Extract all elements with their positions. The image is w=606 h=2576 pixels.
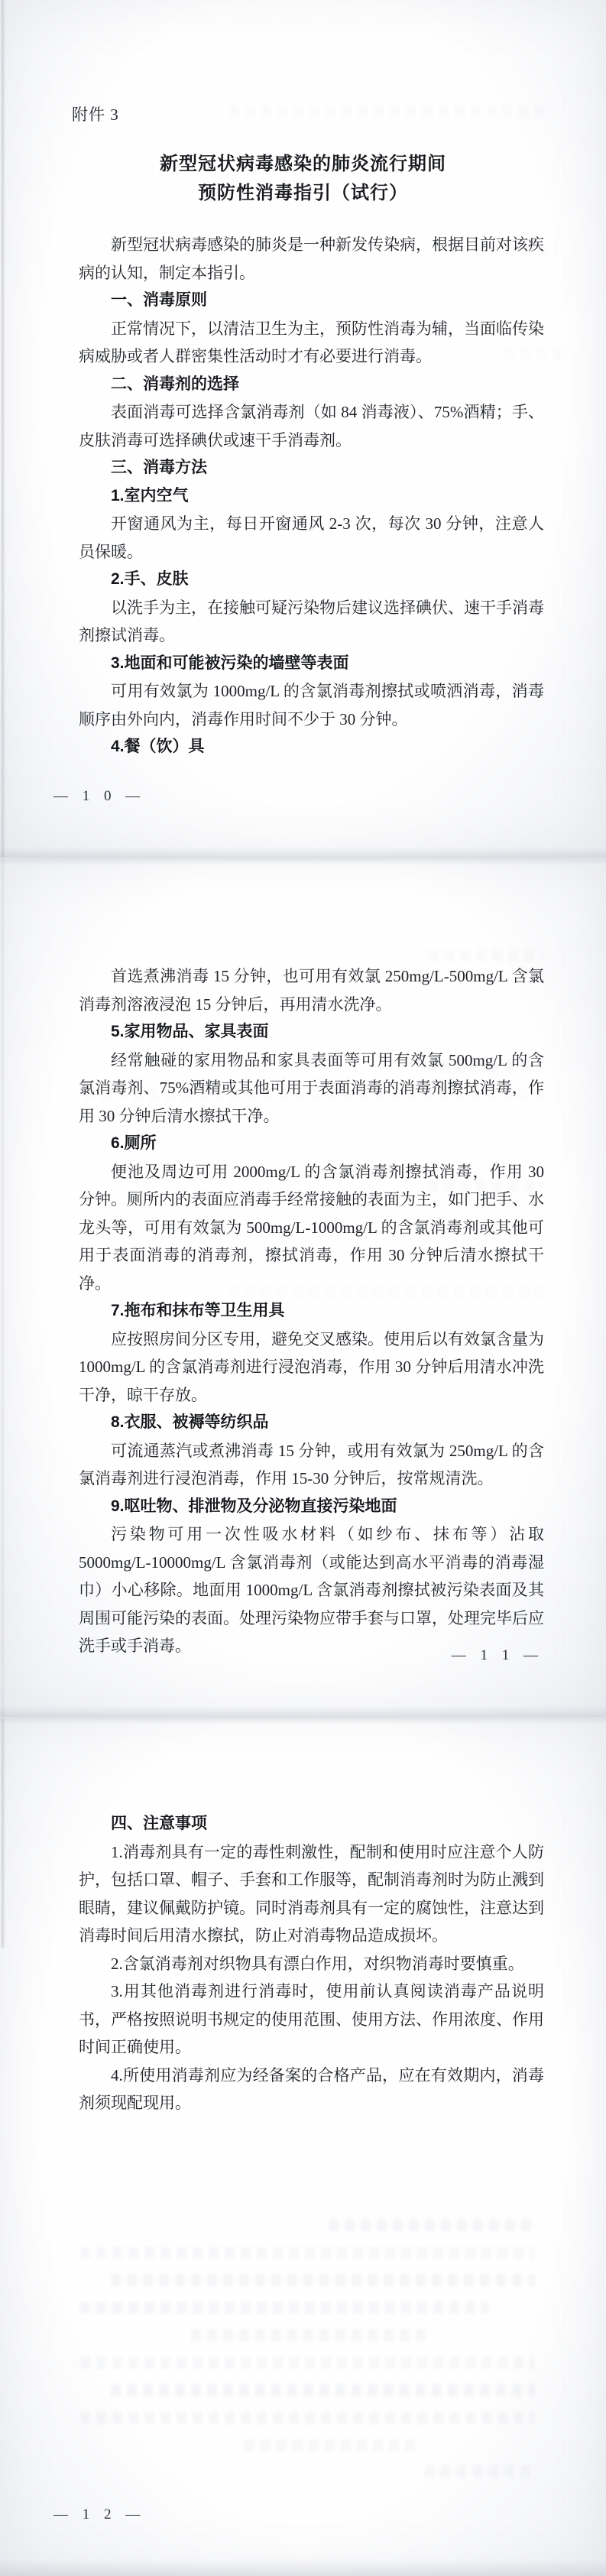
bleedthrough-artifact xyxy=(80,2357,535,2369)
bleedthrough-artifact xyxy=(428,1180,543,1192)
section-heading: 三、消毒方法 xyxy=(79,454,544,482)
scan-edge-artifact xyxy=(2,0,4,858)
section-heading: 四、注意事项 xyxy=(79,1810,544,1838)
bleedthrough-artifact xyxy=(474,245,558,257)
scan-shadow xyxy=(0,2559,606,2576)
section-heading: 7.拖布和抹布等卫生用具 xyxy=(79,1297,544,1325)
page-number: — 1 1 — xyxy=(452,1647,543,1664)
scan-edge-artifact xyxy=(2,1718,4,1948)
paragraph: 应按照房间分区专用，避免交叉感染。使用后以有效氯含量为 1000mg/L 的含氯… xyxy=(79,1325,544,1410)
scanned-page-3: 四、注意事项1.消毒剂具有一定的毒性刺激性，配制和使用时应注意个人防护，包括口罩… xyxy=(0,1717,606,2576)
bleedthrough-artifact xyxy=(80,2412,535,2424)
document-title-line-2: 预防性消毒指引（试行） xyxy=(0,179,606,208)
section-heading: 5.家用物品、家具表面 xyxy=(79,1018,544,1046)
attachment-label: 附件 3 xyxy=(72,102,119,125)
paragraph: 便池及周边可用 2000mg/L 的含氯消毒剂擦拭消毒，作用 30 分钟。厕所内… xyxy=(79,1158,544,1298)
bleedthrough-artifact xyxy=(245,2439,420,2451)
bleedthrough-artifact xyxy=(111,2384,535,2396)
bleedthrough-artifact xyxy=(229,105,550,118)
paragraph: 可流通蒸汽或煮沸消毒 15 分钟，或用有效氯为 250mg/L 的含氯消毒剂进行… xyxy=(79,1437,544,1493)
scan-shadow xyxy=(0,1718,606,1724)
bleedthrough-artifact xyxy=(329,2219,535,2231)
paragraph: 可用有效氯为 1000mg/L 的含氯消毒剂擦拭或喷洒消毒，消毒顺序由外向内，消… xyxy=(79,677,544,733)
bleedthrough-artifact xyxy=(80,2302,489,2314)
section-heading: 9.呕吐物、排泄物及分泌物直接污染地面 xyxy=(79,1493,544,1521)
bleedthrough-artifact xyxy=(424,1059,543,1072)
document-title-line-1: 新型冠状病毒感染的肺炎流行期间 xyxy=(0,150,606,179)
page-1-body: 新型冠状病毒感染的肺炎是一种新发传染病，根据目前对该疾病的认知，制定本指引。一、… xyxy=(79,231,544,761)
page-number: — 1 2 — xyxy=(53,2506,145,2523)
section-heading: 1.室内空气 xyxy=(79,482,544,511)
page-number: — 1 0 — xyxy=(53,788,145,805)
bleedthrough-artifact xyxy=(80,2247,535,2259)
section-heading: 一、消毒原则 xyxy=(79,287,544,315)
bleedthrough-artifact xyxy=(111,2274,535,2286)
paragraph: 1.消毒剂具有一定的毒性刺激性，配制和使用时应注意个人防护，包括口罩、帽子、手套… xyxy=(79,1838,544,1950)
bleedthrough-artifact xyxy=(229,1286,543,1298)
paragraph: 4.所使用消毒剂应为经备案的合格产品，应在有效期内，消毒剂须现配现用。 xyxy=(79,2062,544,2117)
bleedthrough-artifact xyxy=(428,949,543,962)
section-heading: 3.地面和可能被污染的墙壁等表面 xyxy=(79,650,544,678)
scanned-page-1: 附件 3 新型冠状病毒感染的肺炎流行期间 预防性消毒指引（试行） 新型冠状病毒感… xyxy=(0,0,606,858)
page-3-body: 四、注意事项1.消毒剂具有一定的毒性刺激性，配制和使用时应注意个人防护，包括口罩… xyxy=(79,1810,544,2117)
scanned-document: { "document": { "attachment_label": "附件 … xyxy=(0,0,606,2573)
bleedthrough-artifact xyxy=(191,2329,428,2341)
bleedthrough-artifact xyxy=(84,1088,543,1101)
section-heading: 8.衣服、被褥等纺织品 xyxy=(79,1409,544,1437)
scan-shadow xyxy=(0,1706,606,1717)
paragraph: 开窗通风为主，每日开窗通风 2-3 次，每次 30 分钟，注意人员保暖。 xyxy=(79,510,544,566)
paragraph: 首选煮沸消毒 15 分钟，也可用有效氯 250mg/L-500mg/L 含氯消毒… xyxy=(79,962,544,1018)
paragraph: 表面消毒可选择含氯消毒剂（如 84 消毒液）、75%酒精；手、皮肤消毒可选择碘伏… xyxy=(79,398,544,454)
paragraph: 3.用其他消毒剂进行消毒时，使用前认真阅读消毒产品说明书，严格按照说明书规定的使… xyxy=(79,1977,544,2062)
scanned-page-2: 首选煮沸消毒 15 分钟，也可用有效氯 250mg/L-500mg/L 含氯消毒… xyxy=(0,858,606,1717)
paragraph: 污染物可用一次性吸水材料（如纱布、抹布等）沾取 5000mg/L-10000mg… xyxy=(79,1520,544,1660)
document-title: 新型冠状病毒感染的肺炎流行期间 预防性消毒指引（试行） xyxy=(0,150,606,208)
scan-shadow xyxy=(0,847,606,858)
section-heading: 6.厕所 xyxy=(79,1130,544,1158)
paragraph: 新型冠状病毒感染的肺炎是一种新发传染病，根据目前对该疾病的认知，制定本指引。 xyxy=(79,231,544,287)
paragraph: 以洗手为主，在接触可疑污染物后建议选择碘伏、速干手消毒剂擦试消毒。 xyxy=(79,594,544,650)
bleedthrough-artifact xyxy=(424,2465,535,2477)
scan-shadow xyxy=(0,859,606,865)
section-heading: 2.手、皮肤 xyxy=(79,566,544,594)
section-heading: 二、消毒剂的选择 xyxy=(79,371,544,399)
bleedthrough-artifact xyxy=(504,348,565,360)
paragraph: 2.含氯消毒剂对织物具有漂白作用，对织物消毒时要慎重。 xyxy=(79,1950,544,1978)
scan-edge-artifact xyxy=(2,859,4,1717)
section-heading: 4.餐（饮）具 xyxy=(79,733,544,761)
paragraph: 正常情况下，以清洁卫生为主，预防性消毒为辅，当面临传染病威胁或者人群密集性活动时… xyxy=(79,315,544,371)
